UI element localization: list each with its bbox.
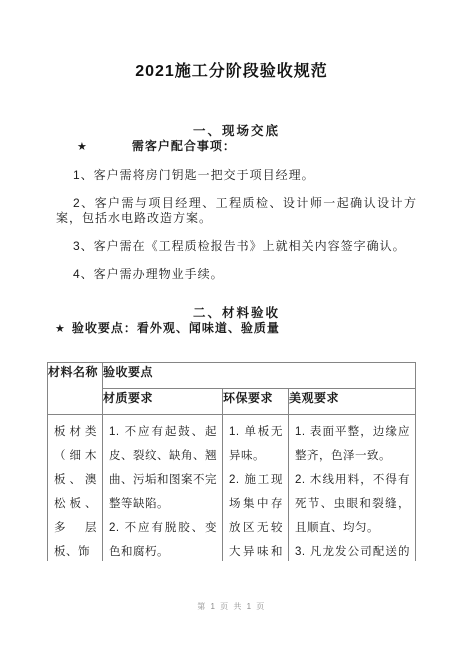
- section-heading-site-briefing: 一、现场交底: [56, 124, 417, 139]
- bullet-label: 验收要点：看外观、闻味道、验质量: [72, 321, 280, 335]
- star-icon: ★: [55, 323, 66, 335]
- material-quality-item: 2. 不应有脱胶、变色和腐朽。: [109, 516, 217, 561]
- header-cell-material-name: 材料名称: [48, 363, 103, 415]
- document-page: 2021施工分阶段验收规范 一、现场交底 ★需客户配合事项： 1、客户需将房门钥…: [0, 0, 463, 655]
- star-icon: ★: [77, 141, 88, 153]
- bullet-line-acceptance-points: ★验收要点：看外观、闻味道、验质量: [56, 321, 417, 337]
- section-heading-material-acceptance: 二、材料验收: [56, 306, 417, 321]
- header-cell-acceptance-points: 验收要点: [103, 363, 416, 389]
- aesthetic-item: 3. 凡龙发公司配送的材: [295, 540, 410, 561]
- document-body: 一、现场交底 ★需客户配合事项： 1、客户需将房门钥匙一把交于项目经理。 2、客…: [56, 124, 417, 561]
- list-item-1: 1、客户需将房门钥匙一把交于项目经理。: [56, 168, 417, 183]
- page-footer: 第 1 页 共 1 页: [0, 601, 463, 612]
- table-header-row-2: 材质要求 环保要求 美观要求: [48, 389, 416, 415]
- page-title: 2021施工分阶段验收规范: [0, 0, 463, 81]
- cell-environmental: 1. 单板无异味。 2. 施工现场集中存放区无较大异味和熏眼现: [223, 415, 289, 562]
- cell-material-name: 板材类（细木板、澳松板、多层板、饰: [48, 415, 103, 562]
- table-row-board-materials: 板材类（细木板、澳松板、多层板、饰 1. 不应有起鼓、起皮、裂纹、缺角、翘曲、污…: [48, 415, 416, 562]
- list-item-3: 3、客户需在《工程质检报告书》上就相关内容签字确认。: [56, 239, 417, 254]
- bullet-line-client-cooperation: ★需客户配合事项：: [56, 139, 417, 155]
- list-item-2: 2、客户需与项目经理、工程质检、设计师一起确认设计方案，包括水电路改造方案。: [56, 196, 417, 226]
- materials-acceptance-table: 材料名称 验收要点 材质要求 环保要求 美观要求 板材类（细木板、澳松板、多层板…: [47, 362, 416, 561]
- environmental-item: 2. 施工现场集中存放区无较大异味和熏眼现: [229, 468, 283, 561]
- material-name-text: 板材类（细木板、澳松板、多层板、饰: [54, 420, 97, 561]
- list-item-4: 4、客户需办理物业手续。: [56, 267, 417, 282]
- table-header-row-1: 材料名称 验收要点: [48, 363, 416, 389]
- cell-aesthetic: 1. 表面平整，边缘应整齐，色泽一致。 2. 木线用料，不得有死节、虫眼和裂缝，…: [289, 415, 416, 562]
- header-cell-material-quality: 材质要求: [103, 389, 223, 415]
- header-cell-environmental: 环保要求: [223, 389, 289, 415]
- material-quality-item: 1. 不应有起鼓、起皮、裂纹、缺角、翘曲、污垢和图案不完整等缺陷。: [109, 420, 217, 516]
- bullet-label: 需客户配合事项：: [132, 139, 236, 153]
- aesthetic-item: 1. 表面平整，边缘应整齐，色泽一致。: [295, 420, 410, 468]
- cell-material-quality: 1. 不应有起鼓、起皮、裂纹、缺角、翘曲、污垢和图案不完整等缺陷。 2. 不应有…: [103, 415, 223, 562]
- aesthetic-item: 2. 木线用料，不得有死节、虫眼和裂缝，且顺直、均匀。: [295, 468, 410, 540]
- environmental-item: 1. 单板无异味。: [229, 420, 283, 468]
- header-cell-aesthetic: 美观要求: [289, 389, 416, 415]
